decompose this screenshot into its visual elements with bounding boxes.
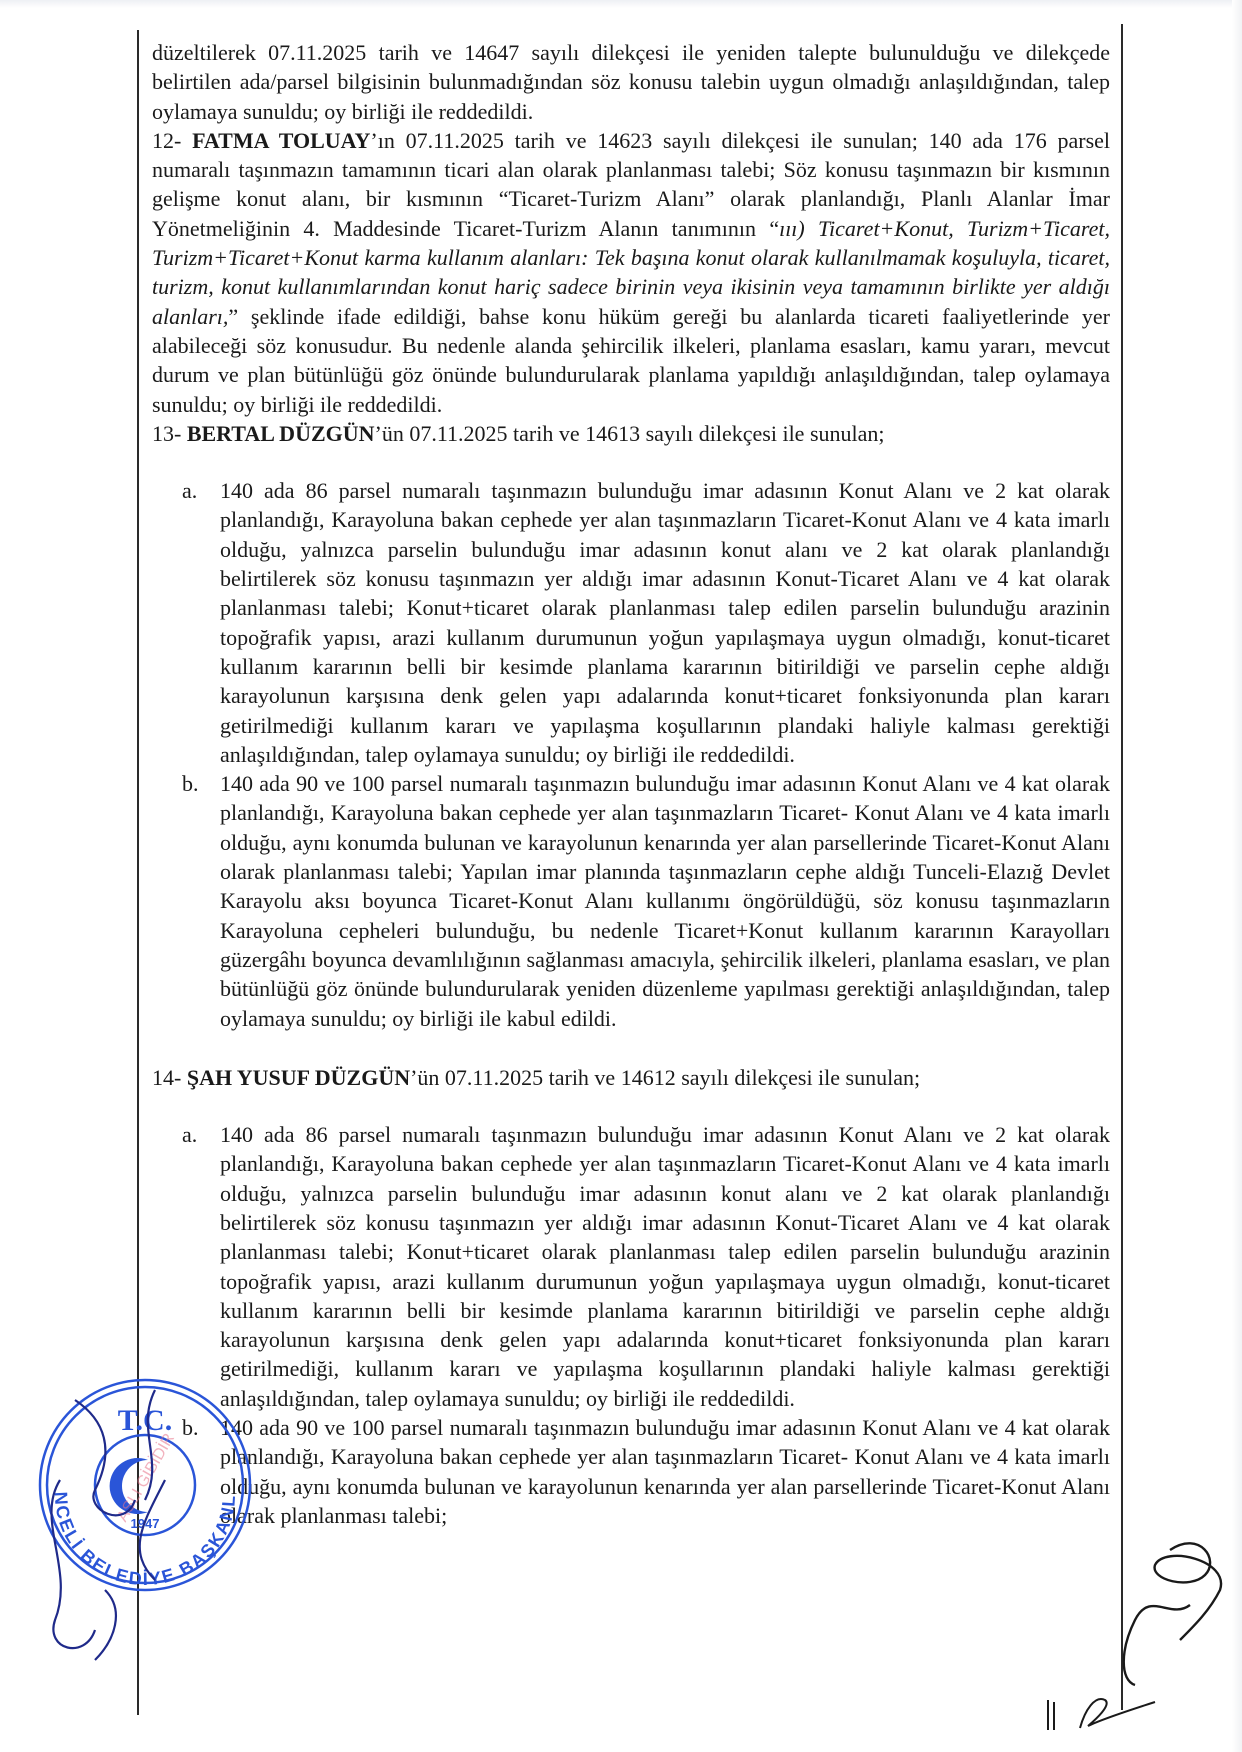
margin-signature-icon (1110, 1530, 1230, 1700)
applicant-name: FATMA TOLUAY (192, 128, 370, 153)
subitem-text: 140 ada 86 parsel numaralı taşınmazın bu… (220, 478, 1110, 767)
document-body: düzeltilerek 07.11.2025 tarih ve 14647 s… (152, 38, 1110, 1530)
item-number: 13- (152, 421, 181, 446)
subitem-text: 140 ada 90 ve 100 parsel numaralı taşınm… (220, 771, 1110, 1030)
item-13-heading: 13- BERTAL DÜZGÜN’ün 07.11.2025 tarih ve… (152, 419, 1110, 448)
subitem-text: 140 ada 86 parsel numaralı taşınmazın bu… (220, 1122, 1110, 1411)
subitem-marker: a. (182, 476, 197, 505)
subitem-marker: b. (182, 769, 199, 798)
item-text: ’ün 07.11.2025 tarih ve 14612 sayılı dil… (410, 1065, 920, 1090)
item-text: ’ün 07.11.2025 tarih ve 14613 sayılı dil… (375, 421, 885, 446)
item-text-continued: ” şeklinde ifade edildiği, bahse konu hü… (152, 304, 1110, 417)
item-14-heading: 14- ŞAH YUSUF DÜZGÜN’ün 07.11.2025 tarih… (152, 1063, 1110, 1092)
subitem: a. 140 ada 86 parsel numaralı taşınmazın… (152, 476, 1110, 769)
scan-edge-top (0, 0, 1242, 8)
item-number: 12- (152, 128, 181, 153)
subitem: b. 140 ada 90 ve 100 parsel numaralı taş… (152, 769, 1110, 1033)
item-13-subitems: a. 140 ada 86 parsel numaralı taşınmazın… (152, 476, 1110, 1033)
scan-edge-right (1232, 0, 1242, 1752)
item-12: 12- FATMA TOLUAY’ın 07.11.2025 tarih ve … (152, 126, 1110, 419)
subitem: b. 140 ada 90 ve 100 parsel numaralı taş… (152, 1413, 1110, 1530)
initials-signature-icon (1040, 1690, 1160, 1740)
subitem-text: 140 ada 90 ve 100 parsel numaralı taşınm… (220, 1415, 1110, 1528)
item-number: 14- (152, 1065, 181, 1090)
quote-open: “ (769, 216, 779, 241)
handwritten-signature-icon (15, 1360, 185, 1680)
margin-line-right (1121, 24, 1123, 1710)
applicant-name: BERTAL DÜZGÜN (187, 421, 375, 446)
opening-paragraph: düzeltilerek 07.11.2025 tarih ve 14647 s… (152, 38, 1110, 126)
item-14-subitems: a. 140 ada 86 parsel numaralı taşınmazın… (152, 1120, 1110, 1530)
subitem-marker: a. (182, 1120, 197, 1149)
applicant-name: ŞAH YUSUF DÜZGÜN (187, 1065, 410, 1090)
subitem: a. 140 ada 86 parsel numaralı taşınmazın… (152, 1120, 1110, 1413)
